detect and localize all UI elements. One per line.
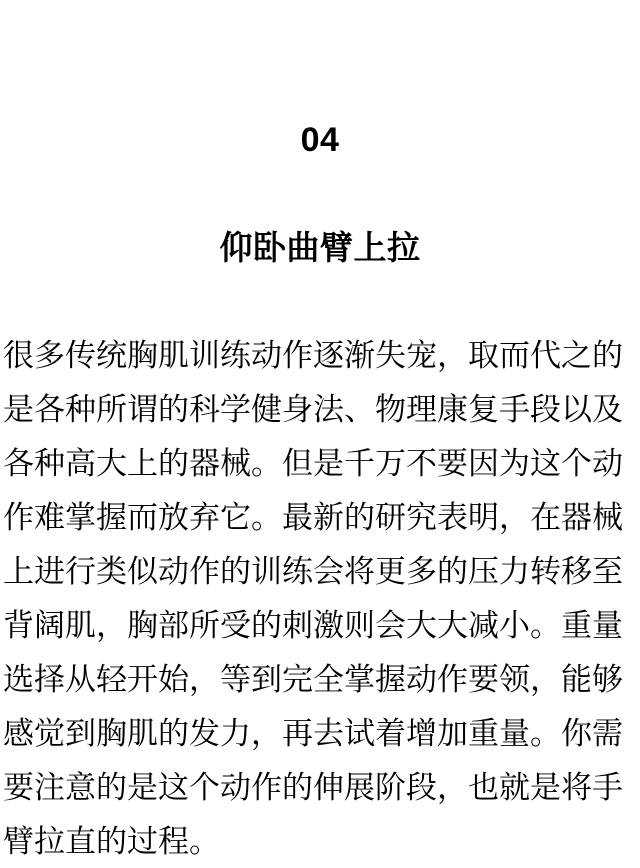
- body-line: 作难掌握而放弃它。最新的研究表明，在器械: [3, 491, 626, 545]
- body-line: 臂拉直的过程。: [3, 815, 626, 868]
- body-line: 各种高大上的器械。但是千万不要因为这个动: [3, 437, 626, 491]
- body-line: 很多传统胸肌训练动作逐渐失宠，取而代之的: [3, 329, 626, 383]
- exercise-card-page: 04 仰卧曲臂上拉 很多传统胸肌训练动作逐渐失宠，取而代之的 是各种所谓的科学健…: [0, 0, 640, 868]
- exercise-number: 04: [0, 123, 640, 157]
- body-line: 是各种所谓的科学健身法、物理康复手段以及: [3, 383, 626, 437]
- body-line: 要注意的是这个动作的伸展阶段，也就是将手: [3, 761, 626, 815]
- exercise-description: 很多传统胸肌训练动作逐渐失宠，取而代之的 是各种所谓的科学健身法、物理康复手段以…: [3, 329, 626, 868]
- body-line: 选择从轻开始，等到完全掌握动作要领，能够: [3, 653, 626, 707]
- body-line: 背阔肌，胸部所受的刺激则会大大减小。重量: [3, 599, 626, 653]
- body-line: 感觉到胸肌的发力，再去试着增加重量。你需: [3, 707, 626, 761]
- exercise-title: 仰卧曲臂上拉: [0, 231, 640, 265]
- body-line: 上进行类似动作的训练会将更多的压力转移至: [3, 545, 626, 599]
